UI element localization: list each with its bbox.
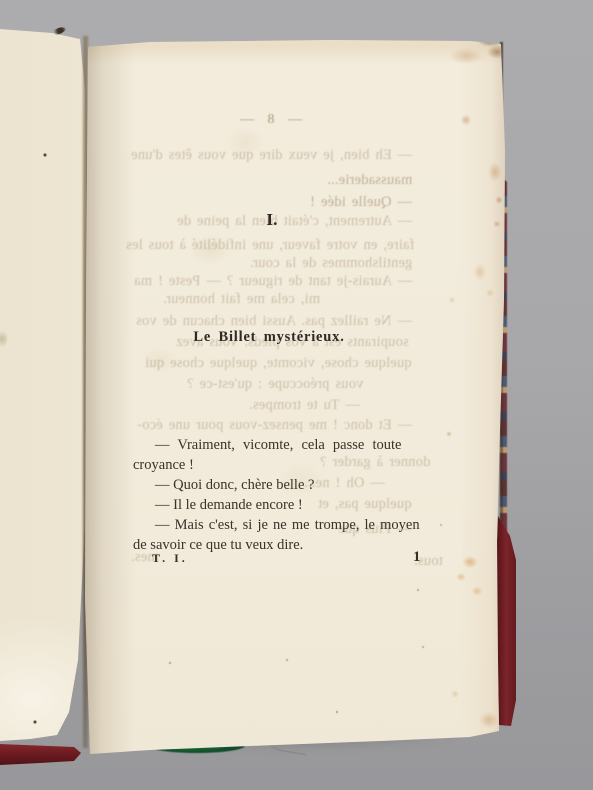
bleedthrough-line: maussaderie... xyxy=(327,172,412,189)
bleedthrough-line: quelque chose, vicomte, quelque chose qu… xyxy=(145,355,412,372)
bleedthrough-line: — Tu te trompes. xyxy=(249,397,360,414)
bleedthrough-line: — Quelle idée ! xyxy=(310,194,412,211)
chapter-number: I. xyxy=(222,210,322,230)
book-photo-scene: — Eh bien, je veux dire que vous êtes d'… xyxy=(0,0,593,790)
dialogue-line: — Mais c'est, si je ne me trompe, le moy… xyxy=(133,515,463,535)
dialogue-line: croyance ! xyxy=(133,455,441,475)
bleedthrough-line: — Et donc ! me pensez-vous pour une éco- xyxy=(137,417,412,434)
bleedthrough-line: — Aurais-je tant de rigueur ? — Peste ! … xyxy=(134,273,412,290)
bleedthrough-line: faire, en votre faveur, une infidélité à… xyxy=(126,237,415,254)
bleedthrough-line: vous préoccupe : qu'est-ce ? xyxy=(187,376,363,393)
chapter-title: Le Billet mystérieux. xyxy=(138,329,400,346)
header-page-ornament: — 8 — xyxy=(222,112,322,128)
dialogue-line: — Vraiment, vicomte, cela passe toute xyxy=(133,435,463,455)
bleedthrough-line: — Eh bien, je veux dire que vous êtes d'… xyxy=(131,147,412,164)
bleedthrough-line: — Ne raillez pas. Aussi bien chacun de v… xyxy=(136,313,412,330)
bleedthrough-line: mi, cela me fait honneur. xyxy=(163,291,320,308)
paper-speck xyxy=(43,153,47,157)
bleedthrough-line: gentilshommes de la cour. xyxy=(250,255,412,272)
tome-signature: T. I. xyxy=(152,551,188,566)
page-number: 1 xyxy=(413,549,421,566)
paper-speck xyxy=(33,720,37,724)
dialogue-line: — Quoi donc, chère belle ? xyxy=(133,475,463,495)
maroon-cover-edge-right xyxy=(495,510,520,732)
dialogue-line: — Il le demande encore ! xyxy=(133,495,463,515)
faint-showthrough-mark xyxy=(0,328,7,350)
